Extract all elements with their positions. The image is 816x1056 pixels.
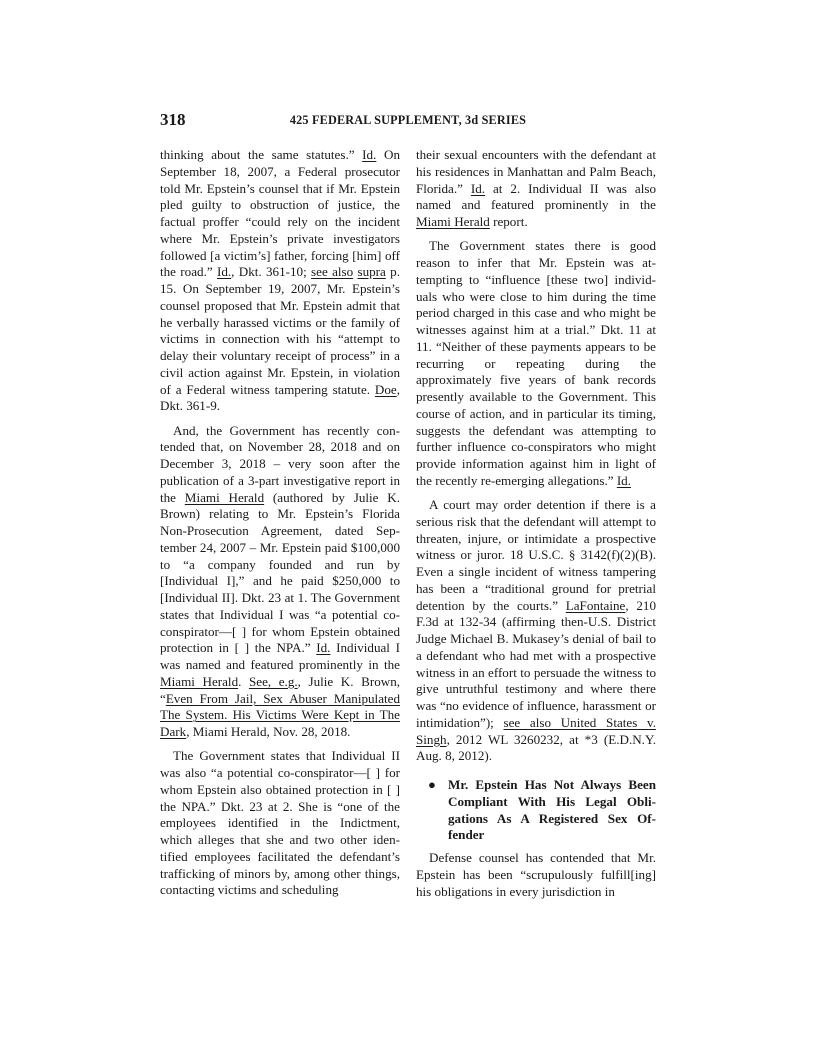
right-column: their sexual encounters with the defenda… xyxy=(416,147,656,908)
text: On September 18, 2007, a Federal prosecu… xyxy=(160,147,400,279)
signal-see-eg: See, e.g. xyxy=(249,674,298,689)
page-header: 318 425 FEDERAL SUPPLEMENT, 3d SERIES xyxy=(160,110,656,132)
text: p. 15. On September 19, 2007, Mr. Epstei… xyxy=(160,264,400,396)
publication-miami-herald: Miami Herald xyxy=(160,674,238,689)
paragraph: The Government states there is good reas… xyxy=(416,238,656,489)
bullet-icon: ● xyxy=(428,777,436,794)
publication-miami-herald: Miami Herald xyxy=(185,490,264,505)
citation-id: Id. xyxy=(217,264,231,279)
signal-see-also: see also xyxy=(311,264,353,279)
text: Defense counsel has contended that Mr. E… xyxy=(416,850,656,899)
text: The Government states that Individual II… xyxy=(160,748,400,897)
text: , 210 F.3d at 132-34 (affirming then-U.S… xyxy=(416,598,656,730)
text: , Dkt. 361-10; xyxy=(231,264,311,279)
publication-miami-herald: Miami Herald xyxy=(416,214,490,229)
text: A court may order detention if there is … xyxy=(416,497,656,613)
text: thinking about the same statutes.” xyxy=(160,147,362,162)
section-heading: ● Mr. Epstein Has Not Always Been Compli… xyxy=(416,777,656,844)
citation-id: Id. xyxy=(316,640,330,655)
running-head: 425 FEDERAL SUPPLEMENT, 3d SERIES xyxy=(160,113,656,128)
paragraph: And, the Government has recently con­ten… xyxy=(160,423,400,741)
case-name-doe: Doe xyxy=(375,382,397,397)
citation-id: Id. xyxy=(362,147,376,162)
text: (authored by Julie K. Brown) relating to… xyxy=(160,490,400,656)
paragraph: thinking about the same statutes.” Id. O… xyxy=(160,147,400,415)
paragraph: Defense counsel has contended that Mr. E… xyxy=(416,850,656,900)
text: , Miami Her­ald, Nov. 28, 2018. xyxy=(186,724,350,739)
text: , 2012 WL 3260232, at *3 (E.D.N.Y. Aug. … xyxy=(416,732,656,764)
paragraph: their sexual encounters with the defenda… xyxy=(416,147,656,231)
left-column: thinking about the same statutes.” Id. O… xyxy=(160,147,400,907)
paragraph: A court may order detention if there is … xyxy=(416,497,656,765)
text: . xyxy=(238,674,249,689)
text: The Government states there is good reas… xyxy=(416,238,656,488)
signal-supra: supra xyxy=(357,264,385,279)
text: report. xyxy=(490,214,528,229)
citation-id: Id. xyxy=(471,181,485,196)
case-name-lafontaine: LaFontaine xyxy=(566,598,626,613)
paragraph: The Government states that Individual II… xyxy=(160,748,400,899)
citation-id: Id. xyxy=(617,473,631,488)
section-heading-text: Mr. Epstein Has Not Always Been Complian… xyxy=(448,777,656,842)
